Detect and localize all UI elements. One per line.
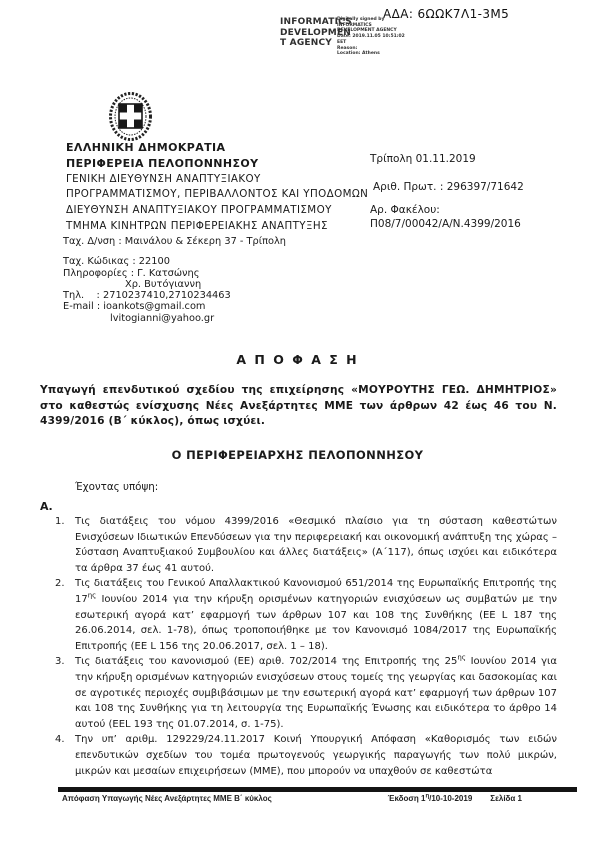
greek-coat-of-arms-icon <box>107 91 154 146</box>
contact-person-1: Πληροφορίες : Γ. Κατσώνης <box>63 268 286 279</box>
republic-title: ΕΛΛΗΝΙΚΗ ΔΗΜΟΚΡΑΤΙΑ <box>66 140 368 156</box>
directorate-line: ΔΙΕΥΘΥΝΣΗ ΑΝΑΠΤΥΞΙΑΚΟΥ ΠΡΟΓΡΑΜΜΑΤΙΣΜΟΥ <box>66 203 368 219</box>
contact-block: Ταχ. Δ/νση : Μαινάλου & Σέκερη 37 - Τρίπ… <box>63 236 286 324</box>
item-number: 1. <box>55 514 65 530</box>
email-address-2: lvitogianni@yahoo.gr <box>63 313 286 324</box>
issuing-authority-block: ΕΛΛΗΝΙΚΗ ΔΗΜΟΚΡΑΤΙΑ ΠΕΡΙΦΕΡΕΙΑ ΠΕΛΟΠΟΝΝΗ… <box>66 140 368 235</box>
file-number-value: Π08/7/00042/Α/Ν.4399/2016 <box>370 218 521 232</box>
ordinal-suffix: ης <box>457 654 466 662</box>
department-line: ΤΜΗΜΑ ΚΙΝΗΤΡΩΝ ΠΕΡΙΦΕΡΕΙΑΚΗΣ ΑΝΑΠΤΥΞΗΣ <box>66 219 368 235</box>
signature-details: Digitally signed by INFORMATICS DEVELOPM… <box>337 17 437 57</box>
postal-code: Ταχ. Κώδικας : 22100 <box>63 256 286 267</box>
item-text: Ιουνίου 2014 για την κήρυξη ορισμένων κα… <box>75 656 557 729</box>
region-title: ΠΕΡΙΦΕΡΕΙΑ ΠΕΛΟΠΟΝΝΗΣΟΥ <box>66 156 368 172</box>
deciding-authority-heading: Ο ΠΕΡΙΦΕΡΕΙΑΡΧΗΣ ΠΕΛΟΠΟΝΝΗΣΟΥ <box>0 448 595 462</box>
item-text: Ιουνίου 2014 για την κήρυξη ορισμένων κα… <box>75 594 557 652</box>
item-number: 2. <box>55 576 65 592</box>
item-number: 4. <box>55 732 65 748</box>
footer-divider-bar <box>58 787 577 792</box>
item-text: Τις διατάξεις του κανονισμού (ΕΕ) αριθ. … <box>75 656 457 667</box>
consideration-item-4: 4. Την υπ’ αριθμ. 129229/24.11.2017 Κοιν… <box>55 732 557 779</box>
consideration-item-2: 2. Τις διατάξεις του Γενικού Απαλλακτικο… <box>55 576 557 654</box>
document-page: ΑΔΑ: 6ΩΩΚ7Λ1-3Μ5 INFORMATICS DEVELOPMEN … <box>0 0 595 842</box>
footer-edition-prefix: Έκδοση 1 <box>388 794 426 803</box>
signature-agency-label: INFORMATICS DEVELOPMEN T AGENCY <box>280 17 340 49</box>
ordinal-suffix: ης <box>88 592 97 600</box>
footer-edition-suffix: /10-10-2019 <box>429 794 472 803</box>
signature-agency-line: DEVELOPMEN <box>280 28 340 39</box>
footer-document-name: Απόφαση Υπαγωγής Νέες Ανεξάρτητες ΜΜΕ Β΄… <box>58 794 388 803</box>
phone-numbers: Τηλ. : 2710237410,2710234463 <box>63 290 286 301</box>
contact-person-2: Χρ. Βυτόγιαννη <box>63 279 286 290</box>
footer-edition: Έκδοση 1η/10-10-2019 <box>388 794 473 803</box>
item-text: Τις διατάξεις του νόμου 4399/2016 «Θεσμι… <box>75 516 557 574</box>
decision-subject: Υπαγωγή επενδυτικού σχεδίου της επιχείρη… <box>40 383 557 430</box>
page-footer: Απόφαση Υπαγωγής Νέες Ανεξάρτητες ΜΜΕ Β΄… <box>58 794 577 803</box>
protocol-number: Αριθ. Πρωτ. : 296397/71642 <box>373 181 524 193</box>
place-and-date: Τρίπολη 01.11.2019 <box>370 153 476 165</box>
considerations-list: 1. Τις διατάξεις του νόμου 4399/2016 «Θε… <box>55 514 557 779</box>
directorate-general-line1: ΓΕΝΙΚΗ ΔΙΕΥΘΥΝΣΗ ΑΝΑΠΤΥΞΙΑΚΟΥ <box>66 172 368 188</box>
section-a-label: Α. <box>40 500 53 513</box>
file-number-label: Αρ. Φακέλου: <box>370 204 521 218</box>
postal-address: Ταχ. Δ/νση : Μαινάλου & Σέκερη 37 - Τρίπ… <box>63 236 286 247</box>
signature-agency-line: T AGENCY <box>280 38 340 49</box>
footer-page-number: Σελίδα 1 <box>490 794 522 803</box>
item-text: Την υπ’ αριθμ. 129229/24.11.2017 Κοινή Υ… <box>75 734 557 776</box>
decision-title: Α Π Ο Φ Α Σ Η <box>0 352 595 367</box>
having-regard-label: Έχοντας υπόψη: <box>75 481 158 493</box>
consideration-item-3: 3. Τις διατάξεις του κανονισμού (ΕΕ) αρι… <box>55 654 557 732</box>
item-number: 3. <box>55 654 65 670</box>
signature-agency-line: INFORMATICS <box>280 17 340 28</box>
email-address-1: E-mail : ioankots@gmail.com <box>63 301 286 312</box>
file-number-block: Αρ. Φακέλου: Π08/7/00042/Α/Ν.4399/2016 <box>370 204 521 231</box>
signature-detail-line: Location: Athens <box>337 51 437 57</box>
directorate-general-line2: ΠΡΟΓΡΑΜΜΑΤΙΣΜΟΥ, ΠΕΡΙΒΑΛΛΟΝΤΟΣ ΚΑΙ ΥΠΟΔΟ… <box>66 187 368 203</box>
consideration-item-1: 1. Τις διατάξεις του νόμου 4399/2016 «Θε… <box>55 514 557 576</box>
